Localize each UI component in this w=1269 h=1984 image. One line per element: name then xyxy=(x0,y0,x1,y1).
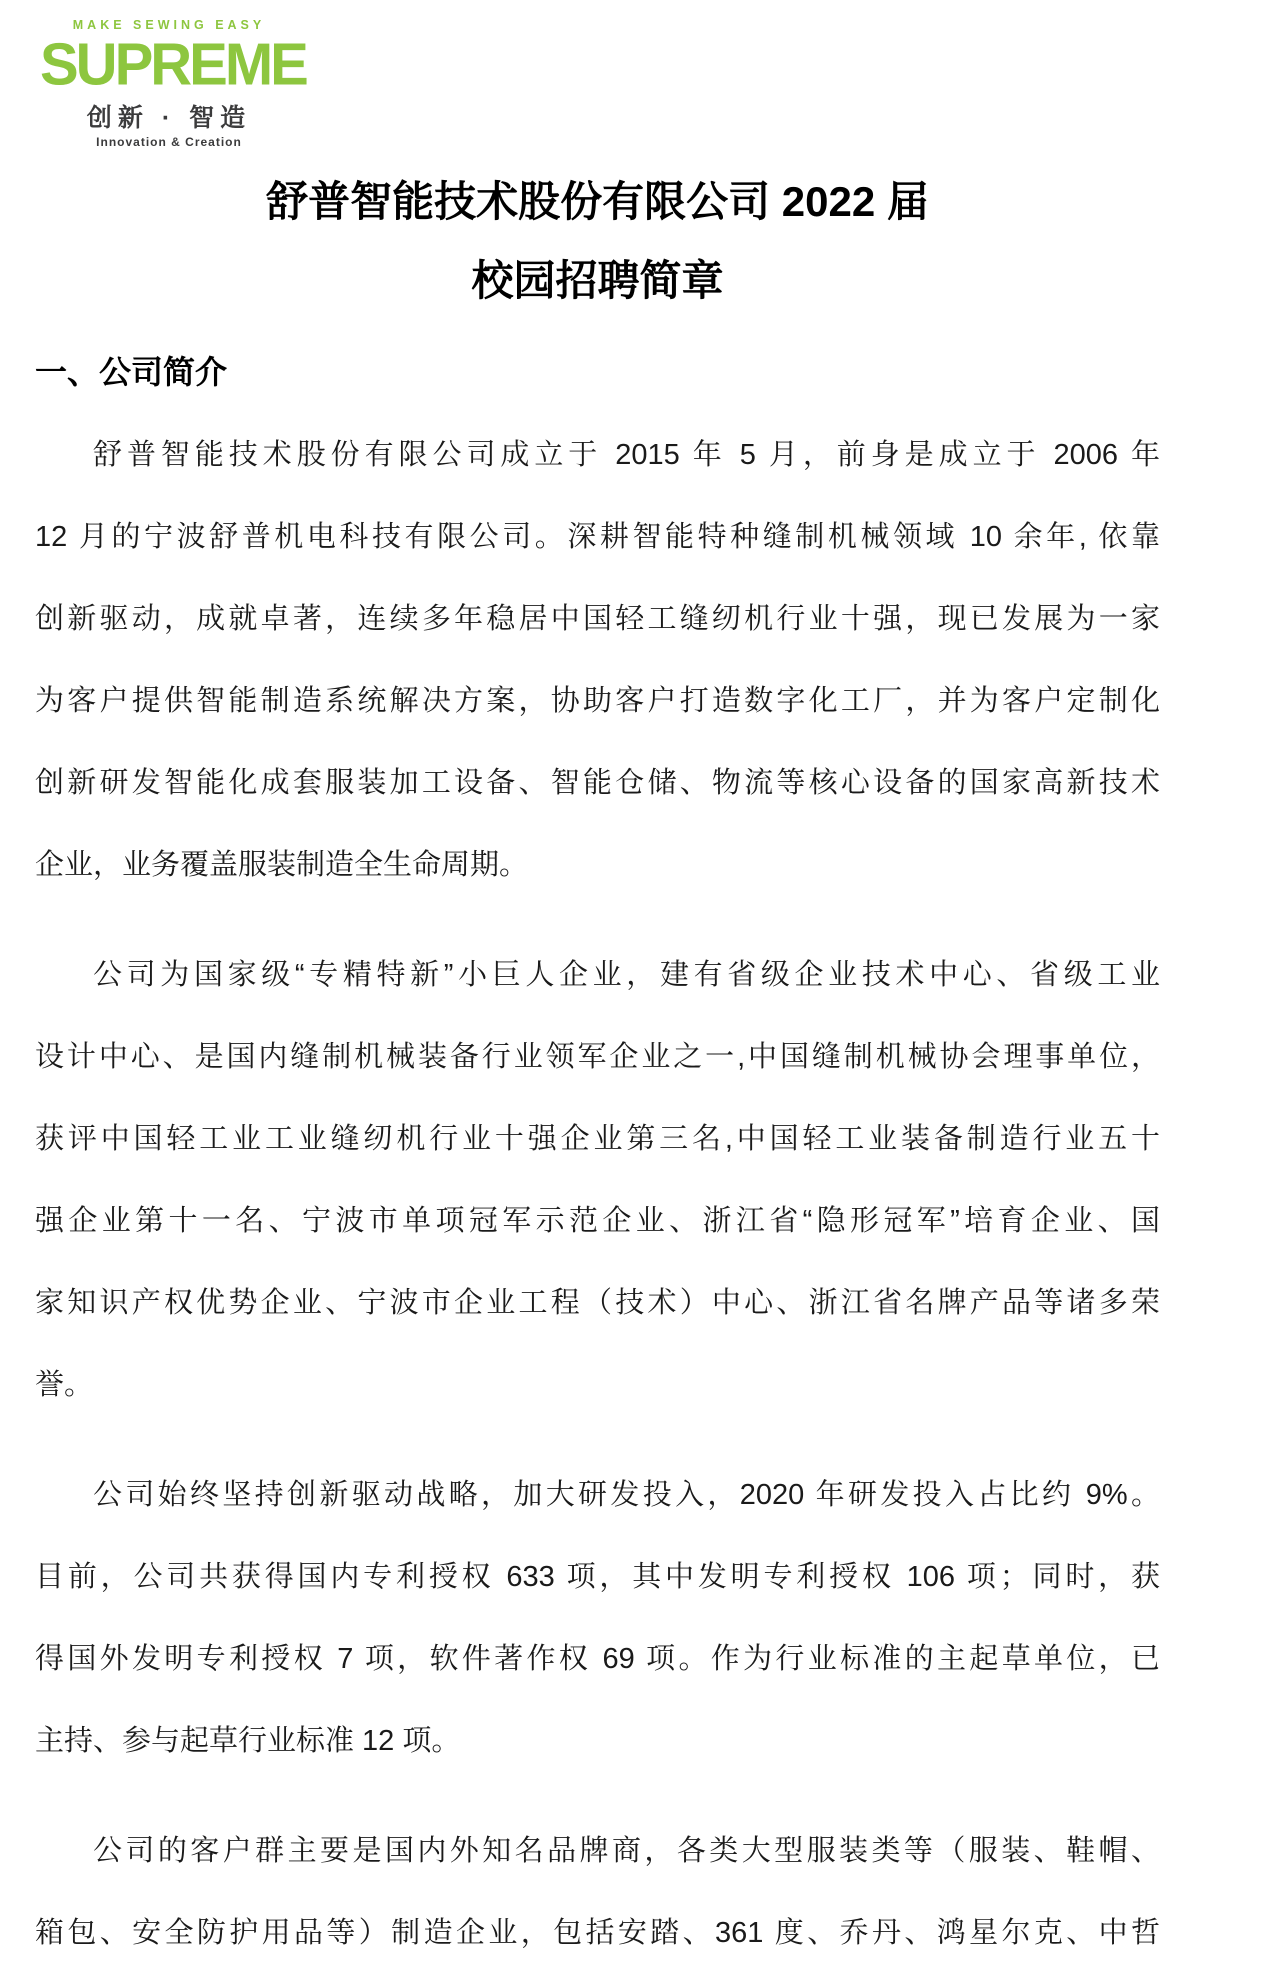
text-line: 舒普智能技术股份有限公司成立于 2015 年 5 月，前身是成立于 2006 年 xyxy=(35,414,1160,496)
text-line: 公司始终坚持创新驱动战略，加大研发投入，2020 年研发投入占比约 9%。 xyxy=(35,1454,1160,1536)
paragraph-company-honors: 公司为国家级“专精特新”小巨人企业，建有省级企业技术中心、省级工业 设计中心、是… xyxy=(35,934,1160,1426)
paragraph-rd-patents: 公司始终坚持创新驱动战略，加大研发投入，2020 年研发投入占比约 9%。 目前… xyxy=(35,1454,1160,1782)
document-content: 舒普智能技术股份有限公司 2022 届 校园招聘简章 一、公司简介 舒普智能技术… xyxy=(35,175,1160,1974)
text-line: 企业，业务覆盖服装制造全生命周期。 xyxy=(35,824,1160,906)
text-line: 誉。 xyxy=(35,1344,1160,1426)
text-line: 主持、参与起草行业标准 12 项。 xyxy=(35,1700,1160,1782)
logo-tagline-cn: 创新 · 智造 xyxy=(40,98,298,134)
logo-brand-supreme: SUPREME xyxy=(40,35,298,94)
document-page: MAKE SEWING EASY SUPREME 创新 · 智造 Innovat… xyxy=(0,0,1269,1984)
text-line: 获评中国轻工业工业缝纫机行业十强企业第三名,中国轻工业装备制造行业五十 xyxy=(35,1098,1160,1180)
text-line: 强企业第十一名、宁波市单项冠军示范企业、浙江省“隐形冠军”培育企业、国 xyxy=(35,1180,1160,1262)
text-line: 创新驱动，成就卓著，连续多年稳居中国轻工缝纫机行业十强，现已发展为一家 xyxy=(35,578,1160,660)
company-logo: MAKE SEWING EASY SUPREME 创新 · 智造 Innovat… xyxy=(40,0,298,149)
doc-title-line1: 舒普智能技术股份有限公司 2022 届 xyxy=(35,175,1160,230)
text-line: 设计中心、是国内缝制机械装备行业领军企业之一,中国缝制机械协会理事单位， xyxy=(35,1016,1160,1098)
text-line: 创新研发智能化成套服装加工设备、智能仓储、物流等核心设备的国家高新技术 xyxy=(35,742,1160,824)
text-line: 家知识产权优势企业、宁波市企业工程（技术）中心、浙江省名牌产品等诸多荣 xyxy=(35,1262,1160,1344)
text-line: 目前，公司共获得国内专利授权 633 项，其中发明专利授权 106 项；同时，获 xyxy=(35,1536,1160,1618)
paragraph-customers: 公司的客户群主要是国内外知名品牌商，各类大型服装类等（服装、鞋帽、 箱包、安全防… xyxy=(35,1810,1160,1974)
text-line: 12 月的宁波舒普机电科技有限公司。深耕智能特种缝制机械领域 10 余年, 依靠 xyxy=(35,496,1160,578)
doc-title-line2: 校园招聘简章 xyxy=(35,254,1160,309)
logo-tagline-en: Innovation & Creation xyxy=(40,135,298,149)
logo-tagline-top: MAKE SEWING EASY xyxy=(40,18,298,32)
text-line: 为客户提供智能制造系统解决方案，协助客户打造数字化工厂，并为客户定制化 xyxy=(35,660,1160,742)
text-line: 公司的客户群主要是国内外知名品牌商，各类大型服装类等（服装、鞋帽、 xyxy=(35,1810,1160,1892)
text-line: 箱包、安全防护用品等）制造企业，包括安踏、361 度、乔丹、鸿星尔克、中哲 xyxy=(35,1892,1160,1974)
section-heading-company-intro: 一、公司简介 xyxy=(35,352,1160,394)
paragraph-company-history: 舒普智能技术股份有限公司成立于 2015 年 5 月，前身是成立于 2006 年… xyxy=(35,414,1160,906)
text-line: 公司为国家级“专精特新”小巨人企业，建有省级企业技术中心、省级工业 xyxy=(35,934,1160,1016)
text-line: 得国外发明专利授权 7 项，软件著作权 69 项。作为行业标准的主起草单位，已 xyxy=(35,1618,1160,1700)
